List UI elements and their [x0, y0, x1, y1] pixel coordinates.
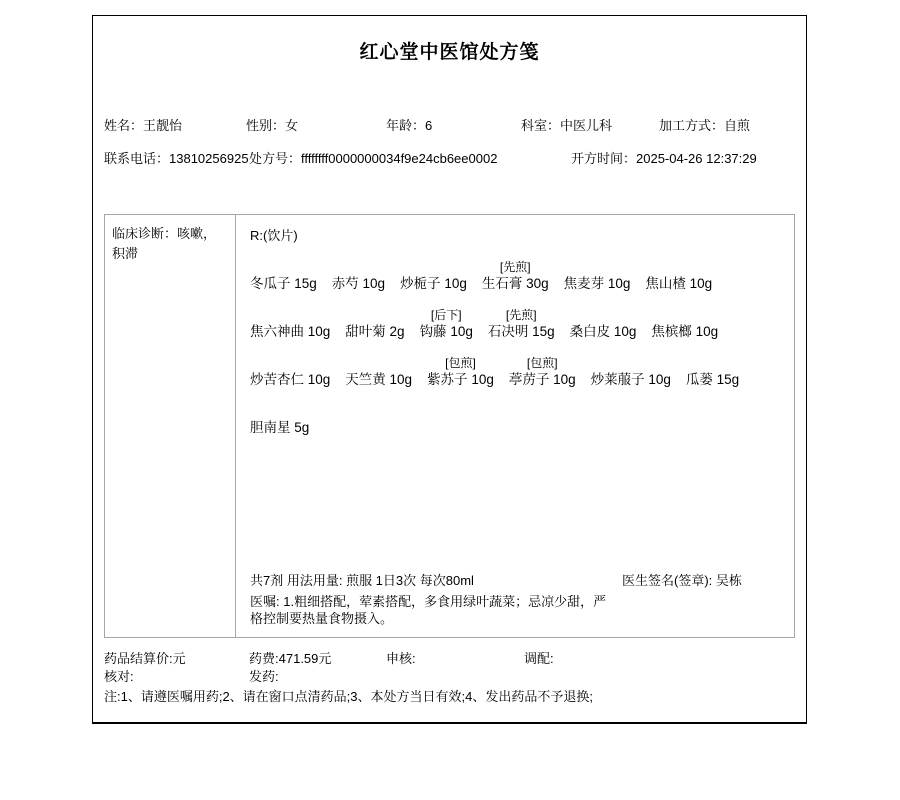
decoction-tag — [570, 307, 637, 323]
herb-line: 焦六神曲 10g 甜叶菊 2g[后下]钩藤 10g[先煎]石决明 15g 桑白皮… — [250, 307, 784, 341]
footer-note: 注:1、请遵医嘱用药;2、请在窗口点清药品;3、本处方当日有效;4、发出药品不予… — [104, 688, 593, 705]
decoction-tag: [包煎] — [427, 355, 494, 371]
field-gender: 性别：女 — [246, 117, 298, 134]
decoction-tag — [345, 307, 404, 323]
decoction-tag — [345, 355, 412, 371]
herb-item: 赤芍 10g — [332, 259, 385, 293]
field-label: 科室： — [521, 118, 560, 133]
field-processing-method: 加工方式：自煎 — [659, 117, 750, 134]
herb-item: [后下]钩藤 10g — [420, 307, 473, 341]
doctor-signature-value: 吴栋 — [716, 573, 742, 588]
decoction-tag — [645, 259, 712, 275]
herb-name-dose: 瓜蒌 15g — [686, 371, 739, 389]
prescription-table: 临床诊断：咳嗽，积滞 R:(饮片) 冬瓜子 15g 赤芍 10g 炒栀子 10g… — [104, 214, 795, 638]
field-settle-price: 药品结算价:元 — [104, 650, 186, 667]
herb-name-dose: 焦六神曲 10g — [250, 323, 330, 341]
herb-line: 胆南星 5g — [250, 403, 784, 437]
decoction-tag — [332, 259, 385, 275]
decoction-tag — [250, 259, 317, 275]
herb-item: 瓜蒌 15g — [686, 355, 739, 389]
field-dispense: 发药: — [249, 668, 279, 685]
diagnosis-label: 临床诊断： — [112, 226, 177, 241]
decoction-tag — [400, 259, 467, 275]
herb-name-dose: 紫苏子 10g — [427, 371, 494, 389]
field-value: 13810256925 — [169, 151, 249, 166]
rx-header: R:(饮片) — [250, 227, 784, 245]
herb-name-dose: 胆南星 5g — [250, 419, 309, 437]
herb-item: 焦山楂 10g — [645, 259, 712, 293]
decoction-tag — [250, 307, 330, 323]
herb-lines: 冬瓜子 15g 赤芍 10g 炒栀子 10g[先煎]生石膏 30g 焦麦芽 10… — [250, 259, 784, 437]
field-prepare: 调配: — [524, 650, 554, 667]
decoction-tag — [591, 355, 671, 371]
herb-name-dose: 炒苦杏仁 10g — [250, 371, 330, 389]
prescription-sheet: 红心堂中医馆处方笺 姓名：王靓怡 性别：女 年龄：6 科室：中医儿科 加工方式：… — [92, 15, 807, 724]
herb-item: 甜叶菊 2g — [345, 307, 404, 341]
herb-item: 焦六神曲 10g — [250, 307, 330, 341]
herb-name-dose: 冬瓜子 15g — [250, 275, 317, 293]
decoction-tag: [先煎] — [488, 307, 555, 323]
field-label: 处方号： — [249, 151, 301, 166]
doctor-signature: 医生签名(签章): 吴栋 — [622, 572, 742, 590]
field-label: 开方时间： — [571, 151, 636, 166]
medical-advice: 医嘱: 1.粗细搭配，荤素搭配，多食用绿叶蔬菜；忌凉少甜，严格控制要热量食物摄入… — [250, 593, 618, 627]
field-label: 联系电话： — [104, 151, 169, 166]
field-label: 核对: — [104, 669, 134, 684]
herb-line: 炒苦杏仁 10g 天竺黄 10g[包煎]紫苏子 10g[包煎]葶苈子 10g 炒… — [250, 355, 784, 389]
doctor-signature-label: 医生签名(签章): — [622, 573, 716, 588]
field-label: 年龄： — [386, 118, 425, 133]
herb-item: 胆南星 5g — [250, 403, 309, 437]
herb-item: [包煎]葶苈子 10g — [509, 355, 576, 389]
field-department: 科室：中医儿科 — [521, 117, 612, 134]
field-patient-name: 姓名：王靓怡 — [104, 117, 182, 134]
field-value: 女 — [285, 118, 298, 133]
field-value: 王靓怡 — [143, 118, 182, 133]
herb-item: [先煎]石决明 15g — [488, 307, 555, 341]
field-review: 申核: — [386, 650, 416, 667]
field-phone: 联系电话：13810256925 — [104, 150, 249, 167]
field-value: 2025-04-26 12:37:29 — [636, 151, 757, 166]
herb-name-dose: 焦槟榔 10g — [651, 323, 718, 341]
herb-item: 炒苦杏仁 10g — [250, 355, 330, 389]
herb-name-dose: 赤芍 10g — [332, 275, 385, 293]
herb-name-dose: 生石膏 30g — [482, 275, 549, 293]
herb-item: 天竺黄 10g — [345, 355, 412, 389]
field-label: 申核: — [386, 651, 416, 666]
field-label: 加工方式： — [659, 118, 724, 133]
herb-item: 炒莱菔子 10g — [591, 355, 671, 389]
field-value: 元 — [173, 651, 186, 666]
herb-name-dose: 钩藤 10g — [420, 323, 473, 341]
decoction-tag — [686, 355, 739, 371]
herb-item: [先煎]生石膏 30g — [482, 259, 549, 293]
field-label: 性别： — [246, 118, 285, 133]
herb-name-dose: 葶苈子 10g — [509, 371, 576, 389]
herb-name-dose: 焦山楂 10g — [645, 275, 712, 293]
field-label: 药费: — [249, 651, 279, 666]
field-age: 年龄：6 — [386, 117, 432, 134]
prescription-body: R:(饮片) 冬瓜子 15g 赤芍 10g 炒栀子 10g[先煎]生石膏 30g… — [236, 215, 794, 637]
decoction-tag — [250, 355, 330, 371]
field-label: 药品结算价: — [104, 651, 173, 666]
prescription-footer: 共7剂 用法用量: 煎服 1日3次 每次80ml 医生签名(签章): 吴栋 医嘱… — [250, 572, 784, 627]
herb-item: 焦槟榔 10g — [651, 307, 718, 341]
decoction-tag — [250, 403, 309, 419]
usage-row: 共7剂 用法用量: 煎服 1日3次 每次80ml 医生签名(签章): 吴栋 — [250, 572, 784, 590]
decoction-tag: [先煎] — [482, 259, 549, 275]
field-value: 中医儿科 — [560, 118, 612, 133]
decoction-tag: [后下] — [420, 307, 473, 323]
herb-name-dose: 炒莱菔子 10g — [591, 371, 671, 389]
field-issue-time: 开方时间：2025-04-26 12:37:29 — [571, 150, 757, 167]
herb-name-dose: 石决明 15g — [488, 323, 555, 341]
field-rx-number: 处方号：ffffffff0000000034f9e24cb6ee0002 — [249, 150, 497, 167]
field-value: 6 — [425, 118, 432, 133]
dosage-usage: 共7剂 用法用量: 煎服 1日3次 每次80ml — [250, 573, 474, 588]
field-value: 471.59元 — [279, 651, 332, 666]
field-check: 核对: — [104, 668, 134, 685]
decoction-tag — [564, 259, 631, 275]
field-value: ffffffff0000000034f9e24cb6ee0002 — [301, 151, 497, 166]
herb-name-dose: 天竺黄 10g — [345, 371, 412, 389]
field-value: 自煎 — [724, 118, 750, 133]
herb-item: 炒栀子 10g — [400, 259, 467, 293]
herb-name-dose: 焦麦芽 10g — [564, 275, 631, 293]
herb-name-dose: 炒栀子 10g — [400, 275, 467, 293]
field-label: 调配: — [524, 651, 554, 666]
herb-item: 冬瓜子 15g — [250, 259, 317, 293]
page-title: 红心堂中医馆处方笺 — [93, 37, 806, 64]
field-medicine-fee: 药费:471.59元 — [249, 650, 331, 667]
herb-item: [包煎]紫苏子 10g — [427, 355, 494, 389]
decoction-tag: [包煎] — [509, 355, 576, 371]
decoction-tag — [651, 307, 718, 323]
field-label: 发药: — [249, 669, 279, 684]
herb-item: 焦麦芽 10g — [564, 259, 631, 293]
field-label: 姓名： — [104, 118, 143, 133]
clinical-diagnosis: 临床诊断：咳嗽，积滞 — [105, 215, 236, 637]
herb-name-dose: 桑白皮 10g — [570, 323, 637, 341]
herb-line: 冬瓜子 15g 赤芍 10g 炒栀子 10g[先煎]生石膏 30g 焦麦芽 10… — [250, 259, 784, 293]
herb-name-dose: 甜叶菊 2g — [345, 323, 404, 341]
herb-item: 桑白皮 10g — [570, 307, 637, 341]
